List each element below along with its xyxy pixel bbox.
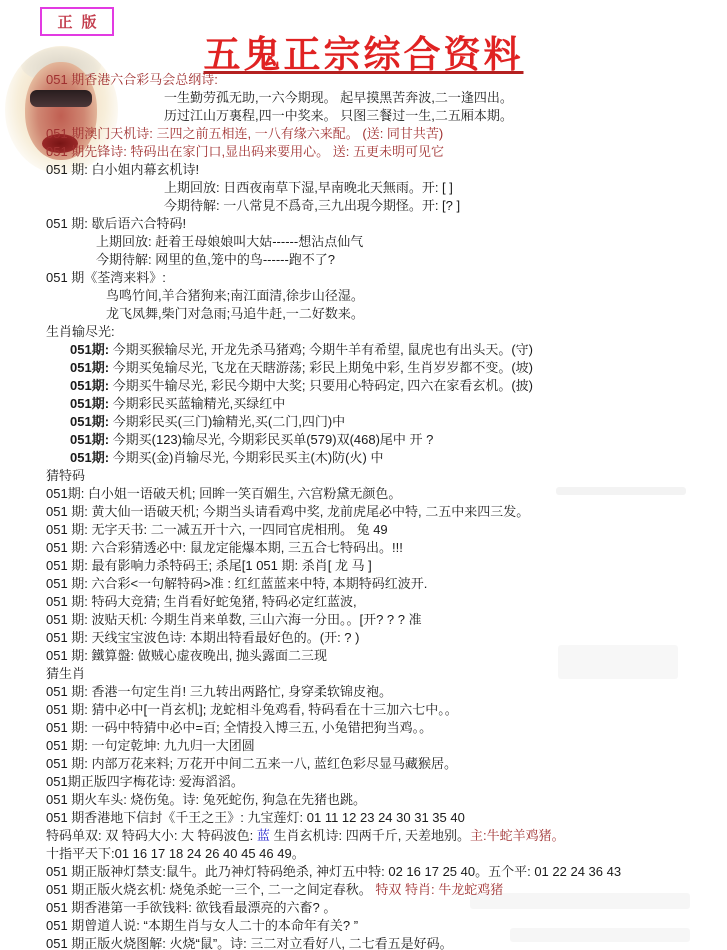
doc-line: 051 期: 香港一句定生肖! 三九转出两路忙, 身穿柔软锦皮袍。 [46,683,727,701]
doc-line-segment: 051期: [70,432,109,447]
doc-line: 051 期先锋诗: 特码出在家门口,显出码来要用心。 送: 五更未明可见它 [46,143,727,161]
doc-line: 历过江山万裏程,四一中奖来。 只图三餐过一生,二五厢本期。 [164,107,727,125]
doc-line: 051 期: 天线宝宝波色诗: 本期出特看最好色的。(开: ? ) [46,629,727,647]
doc-line: 猜生肖 [46,665,727,683]
doc-line: 特码单双: 双 特码大小: 大 特码波色: 蓝 生肖玄机诗: 四两千斤, 天差地… [46,827,727,845]
genuine-badge: 正版 [40,7,114,36]
doc-line: 051 期正版神灯禁支:鼠牛。此乃神灯特码绝杀, 神灯五中特: 02 16 17… [46,863,727,881]
doc-line-segment: 051期: [70,414,109,429]
doc-line: 十指平天下:01 16 17 18 24 26 40 45 46 49。 [46,845,727,863]
doc-line: 051 期: 黄大仙一语破天机; 今期当头请看鸡中奖, 龙前虎尾必中特, 二五中… [46,503,727,521]
doc-line-segment: 051期: [70,450,109,465]
doc-line: 051期: 今期彩民买蓝输精光,买绿红中 [70,395,727,413]
doc-line: 051 期: 波贴天机: 今期生肖来单数, 三山六海一分田。。[开? ? ? 准 [46,611,727,629]
doc-line: 051 期: 无字天书: 二一减五开十六, 一四同官虎相刑。 兔 49 [46,521,727,539]
doc-line: 051 期: 一句定乾坤: 九九归一大团圆 [46,737,727,755]
doc-line: 上期回放: 赶着王母娘娘叫大姑------想沾点仙气 [96,233,727,251]
doc-line: 鸟鸣竹间,羊合猪狗来;南江面清,徐步山径湿。 [106,287,727,305]
doc-line: 051 期正版火烧图解: 火烧“鼠”。诗: 三二对立看好八, 二七看五是好码。 [46,935,727,950]
doc-line: 猜特码 [46,467,727,485]
doc-line: 051 期: 白小姐内幕玄机诗! [46,161,727,179]
doc-line-segment: 今期买(123)输尽光, 今期彩民买单(579)双(468)尾中 开 ? [109,432,433,447]
doc-line: 051 期: 一码中特猜中必中=百; 全情投入博三五, 小兔错把狗当鸡。。 [46,719,727,737]
doc-line: 龙飞凤舞,柴门对急雨;马追牛赶,一二好数来。 [106,305,727,323]
doc-line: 051期: 今期买兔输尽光, 飞龙在天瞎游荡; 彩民上期兔中彩, 生肖岁岁都不变… [70,359,727,377]
doc-line-segment: 051 期正版火烧玄机: 烧兔杀蛇一三个, 二一之间定春秋。 [46,882,375,897]
doc-line: 051 期澳门天机诗: 三四之前五相连, 一八有缘六来配。 (送: 同甘共苦) [46,125,727,143]
doc-line-segment: 主:牛蛇羊鸡猪。 [470,828,565,843]
page-title: 五鬼正宗综合资料 [204,24,524,78]
doc-line: 051 期香港六合彩马会总纲诗: [46,71,727,89]
doc-line: 051 期: 猜中必中[一肖玄机]; 龙蛇相斗兔鸡看, 特码看在十三加六七中。。 [46,701,727,719]
doc-line: 一生勤劳孤无助,一六今期现。 起早摸黑苦奔波,二一逢四出。 [164,89,727,107]
doc-line: 051 期: 歇后语六合特码! [46,215,727,233]
doc-line-segment: 051期: [70,396,109,411]
doc-line: 051 期火车头: 烧伤兔。诗: 兔死蛇伤, 狗急在先猪也跳。 [46,791,727,809]
doc-line-segment: 今期彩民买蓝输精光,买绿红中 [109,396,285,411]
doc-line-segment: 今期买牛输尽光, 彩民今期中大奖; 只要用心特码定, 四六在家看玄机。(披) [109,378,533,393]
doc-line: 051 期香港地下信封《千王之王》: 九宝莲灯: 01 11 12 23 24 … [46,809,727,827]
doc-line: 051期正版四字梅花诗: 爱海滔滔。 [46,773,727,791]
doc-line: 今期待解: 一八常見不爲奇,三九出現今期怪。开: [? ] [164,197,727,215]
doc-line: 051 期《荃湾来料》: [46,269,727,287]
doc-line: 今期待解: 网里的鱼,笼中的鸟------跑不了? [96,251,727,269]
doc-line: 051期: 今期买牛输尽光, 彩民今期中大奖; 只要用心特码定, 四六在家看玄机… [70,377,727,395]
doc-line: 051 期: 六合彩猜透必中: 鼠龙定能爆本期, 三五合七特码出。!!! [46,539,727,557]
doc-line-segment: 今期彩民买(三门)输精光,买(二门,四门)中 [109,414,345,429]
doc-line: 生肖输尽光: [46,323,727,341]
doc-line-segment: 今期买(金)肖输尽光, 今期彩民买主(木)防(火) 中 [109,450,383,465]
doc-line-segment: 今期买兔输尽光, 飞龙在天瞎游荡; 彩民上期兔中彩, 生肖岁岁都不变。(坡) [109,360,533,375]
doc-line: 上期回放: 日西夜南草下湿,早南晚北天無雨。开: [ ] [164,179,727,197]
doc-line: 051 期: 最有影响力杀特码王; 杀尾[1 051 期: 杀肖[ 龙 马 ] [46,557,727,575]
doc-line: 051 期: 六合彩<一句解特码>准 : 红红蓝蓝来中特, 本期特码红波开. [46,575,727,593]
doc-lines: 051 期香港六合彩马会总纲诗:一生勤劳孤无助,一六今期现。 起早摸黑苦奔波,二… [46,71,727,950]
doc-line: 051 期: 内部万花来料; 万花开中间二五来一八, 蓝红色彩尽显马藏猴居。 [46,755,727,773]
doc-line: 051期: 今期彩民买(三门)输精光,买(二门,四门)中 [70,413,727,431]
doc-line-segment: 特双 特肖: 牛龙蛇鸡猪 [375,882,503,897]
doc-line-segment: 生肖玄机诗: 四两千斤, 天差地别。 [270,828,470,843]
doc-line: 051 期曾道人说: “本期生肖与女人二十的本命年有关? ” [46,917,727,935]
doc-line-segment: 051期: [70,360,109,375]
doc-line-segment: 蓝 [257,828,270,843]
doc-line-segment: 051期: [70,342,109,357]
doc-line-segment: 今期买猴输尽光, 开龙先杀马猪鸡; 今期牛羊有希望, 鼠虎也有出头天。(守) [109,342,533,357]
doc-line-segment: 051期: [70,378,109,393]
doc-line: 051期: 今期买猴输尽光, 开龙先杀马猪鸡; 今期牛羊有希望, 鼠虎也有出头天… [70,341,727,359]
doc-line: 051 期香港第一手欲钱料: 欲钱看最漂亮的六畜? 。 [46,899,727,917]
doc-line: 051 期: 特码大竞猜; 生肖看好蛇兔猪, 特码必定红蓝波, [46,593,727,611]
doc-line: 051期: 白小姐一语破天机; 回眸一笑百媚生, 六宫粉黛无颜色。 [46,485,727,503]
genuine-badge-label: 正版 [57,11,105,32]
lottery-info-page: 正版 五鬼正宗综合资料 051 期香港六合彩马会总纲诗:一生勤劳孤无助,一六今期… [0,0,727,950]
doc-line-segment: 特码单双: 双 特码大小: 大 特码波色: [46,828,257,843]
doc-line: 051期: 今期买(金)肖输尽光, 今期彩民买主(木)防(火) 中 [70,449,727,467]
doc-line: 051 期: 鐵算盤: 做贼心虚夜晚出, 抛头露面二三现 [46,647,727,665]
doc-line: 051 期正版火烧玄机: 烧兔杀蛇一三个, 二一之间定春秋。 特双 特肖: 牛龙… [46,881,727,899]
doc-line: 051期: 今期买(123)输尽光, 今期彩民买单(579)双(468)尾中 开… [70,431,727,449]
